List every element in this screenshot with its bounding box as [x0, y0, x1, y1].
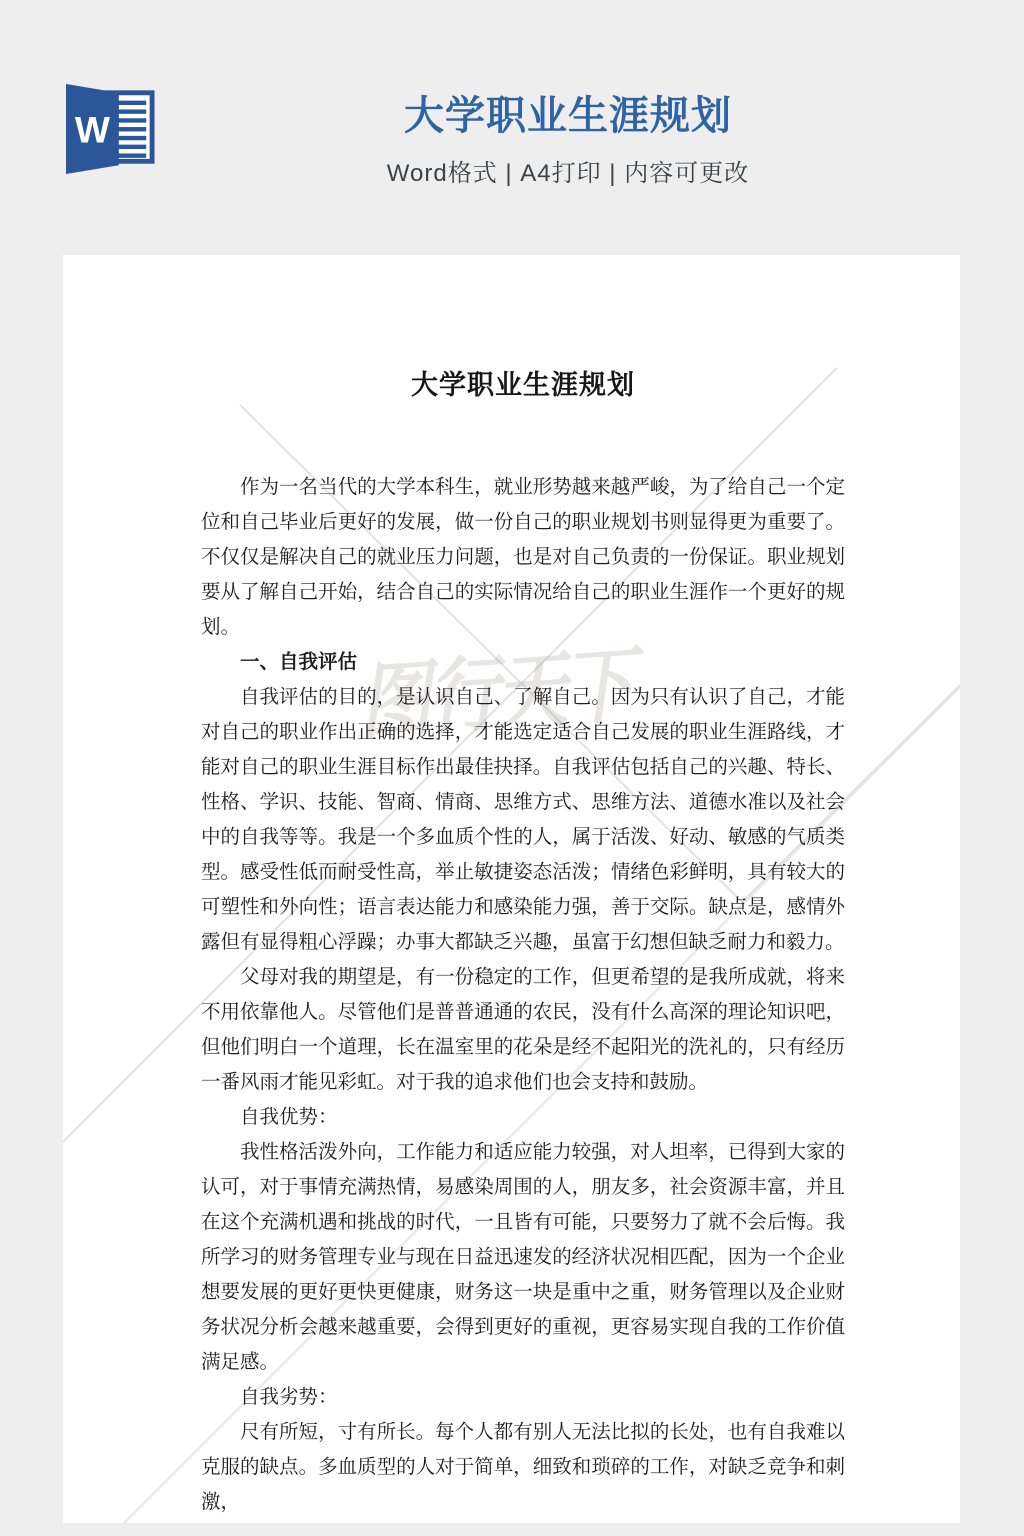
paragraph-self-strengths: 我性格活泼外向，工作能力和适应能力较强，对人坦率，已得到大家的认可，对于事情充满…	[201, 1135, 845, 1380]
header: W 大学职业生涯规划 Word格式 | A4打印 | 内容可更改	[0, 0, 1024, 255]
label-self-strengths: 自我优势：	[201, 1100, 845, 1135]
paragraph-self-weaknesses: 尺有所短，寸有所长。每个人都有别人无法比拟的长处，也有自我难以克服的缺点。多血质…	[201, 1415, 845, 1520]
document-page: 图行天下 大学职业生涯规划 作为一名当代的大学本科生，就业形势越来越严峻，为了给…	[63, 255, 960, 1523]
document-content: 大学职业生涯规划 作为一名当代的大学本科生，就业形势越来越严峻，为了给自己一个定…	[201, 255, 845, 1520]
paragraph-parents-expectation: 父母对我的期望是，有一份稳定的工作，但更希望的是我所成就，将来不用依靠他人。尽管…	[201, 960, 845, 1100]
document-title: 大学职业生涯规划	[201, 365, 845, 405]
section-heading-self-assessment: 一、自我评估	[201, 645, 845, 680]
label-self-weaknesses: 自我劣势：	[201, 1380, 845, 1415]
paragraph-self-assessment: 自我评估的目的，是认识自己、了解自己。因为只有认识了自己，才能对自己的职业作出正…	[201, 680, 845, 960]
header-title: 大学职业生涯规划	[112, 92, 1024, 140]
header-subtitle: Word格式 | A4打印 | 内容可更改	[112, 153, 1024, 188]
paragraph-intro: 作为一名当代的大学本科生，就业形势越来越严峻，为了给自己一个定位和自己毕业后更好…	[201, 470, 845, 645]
page-background: { "header": { "title": "大学职业生涯规划", "subt…	[0, 0, 1024, 1536]
header-text-block: 大学职业生涯规划 Word格式 | A4打印 | 内容可更改	[0, 92, 1024, 188]
